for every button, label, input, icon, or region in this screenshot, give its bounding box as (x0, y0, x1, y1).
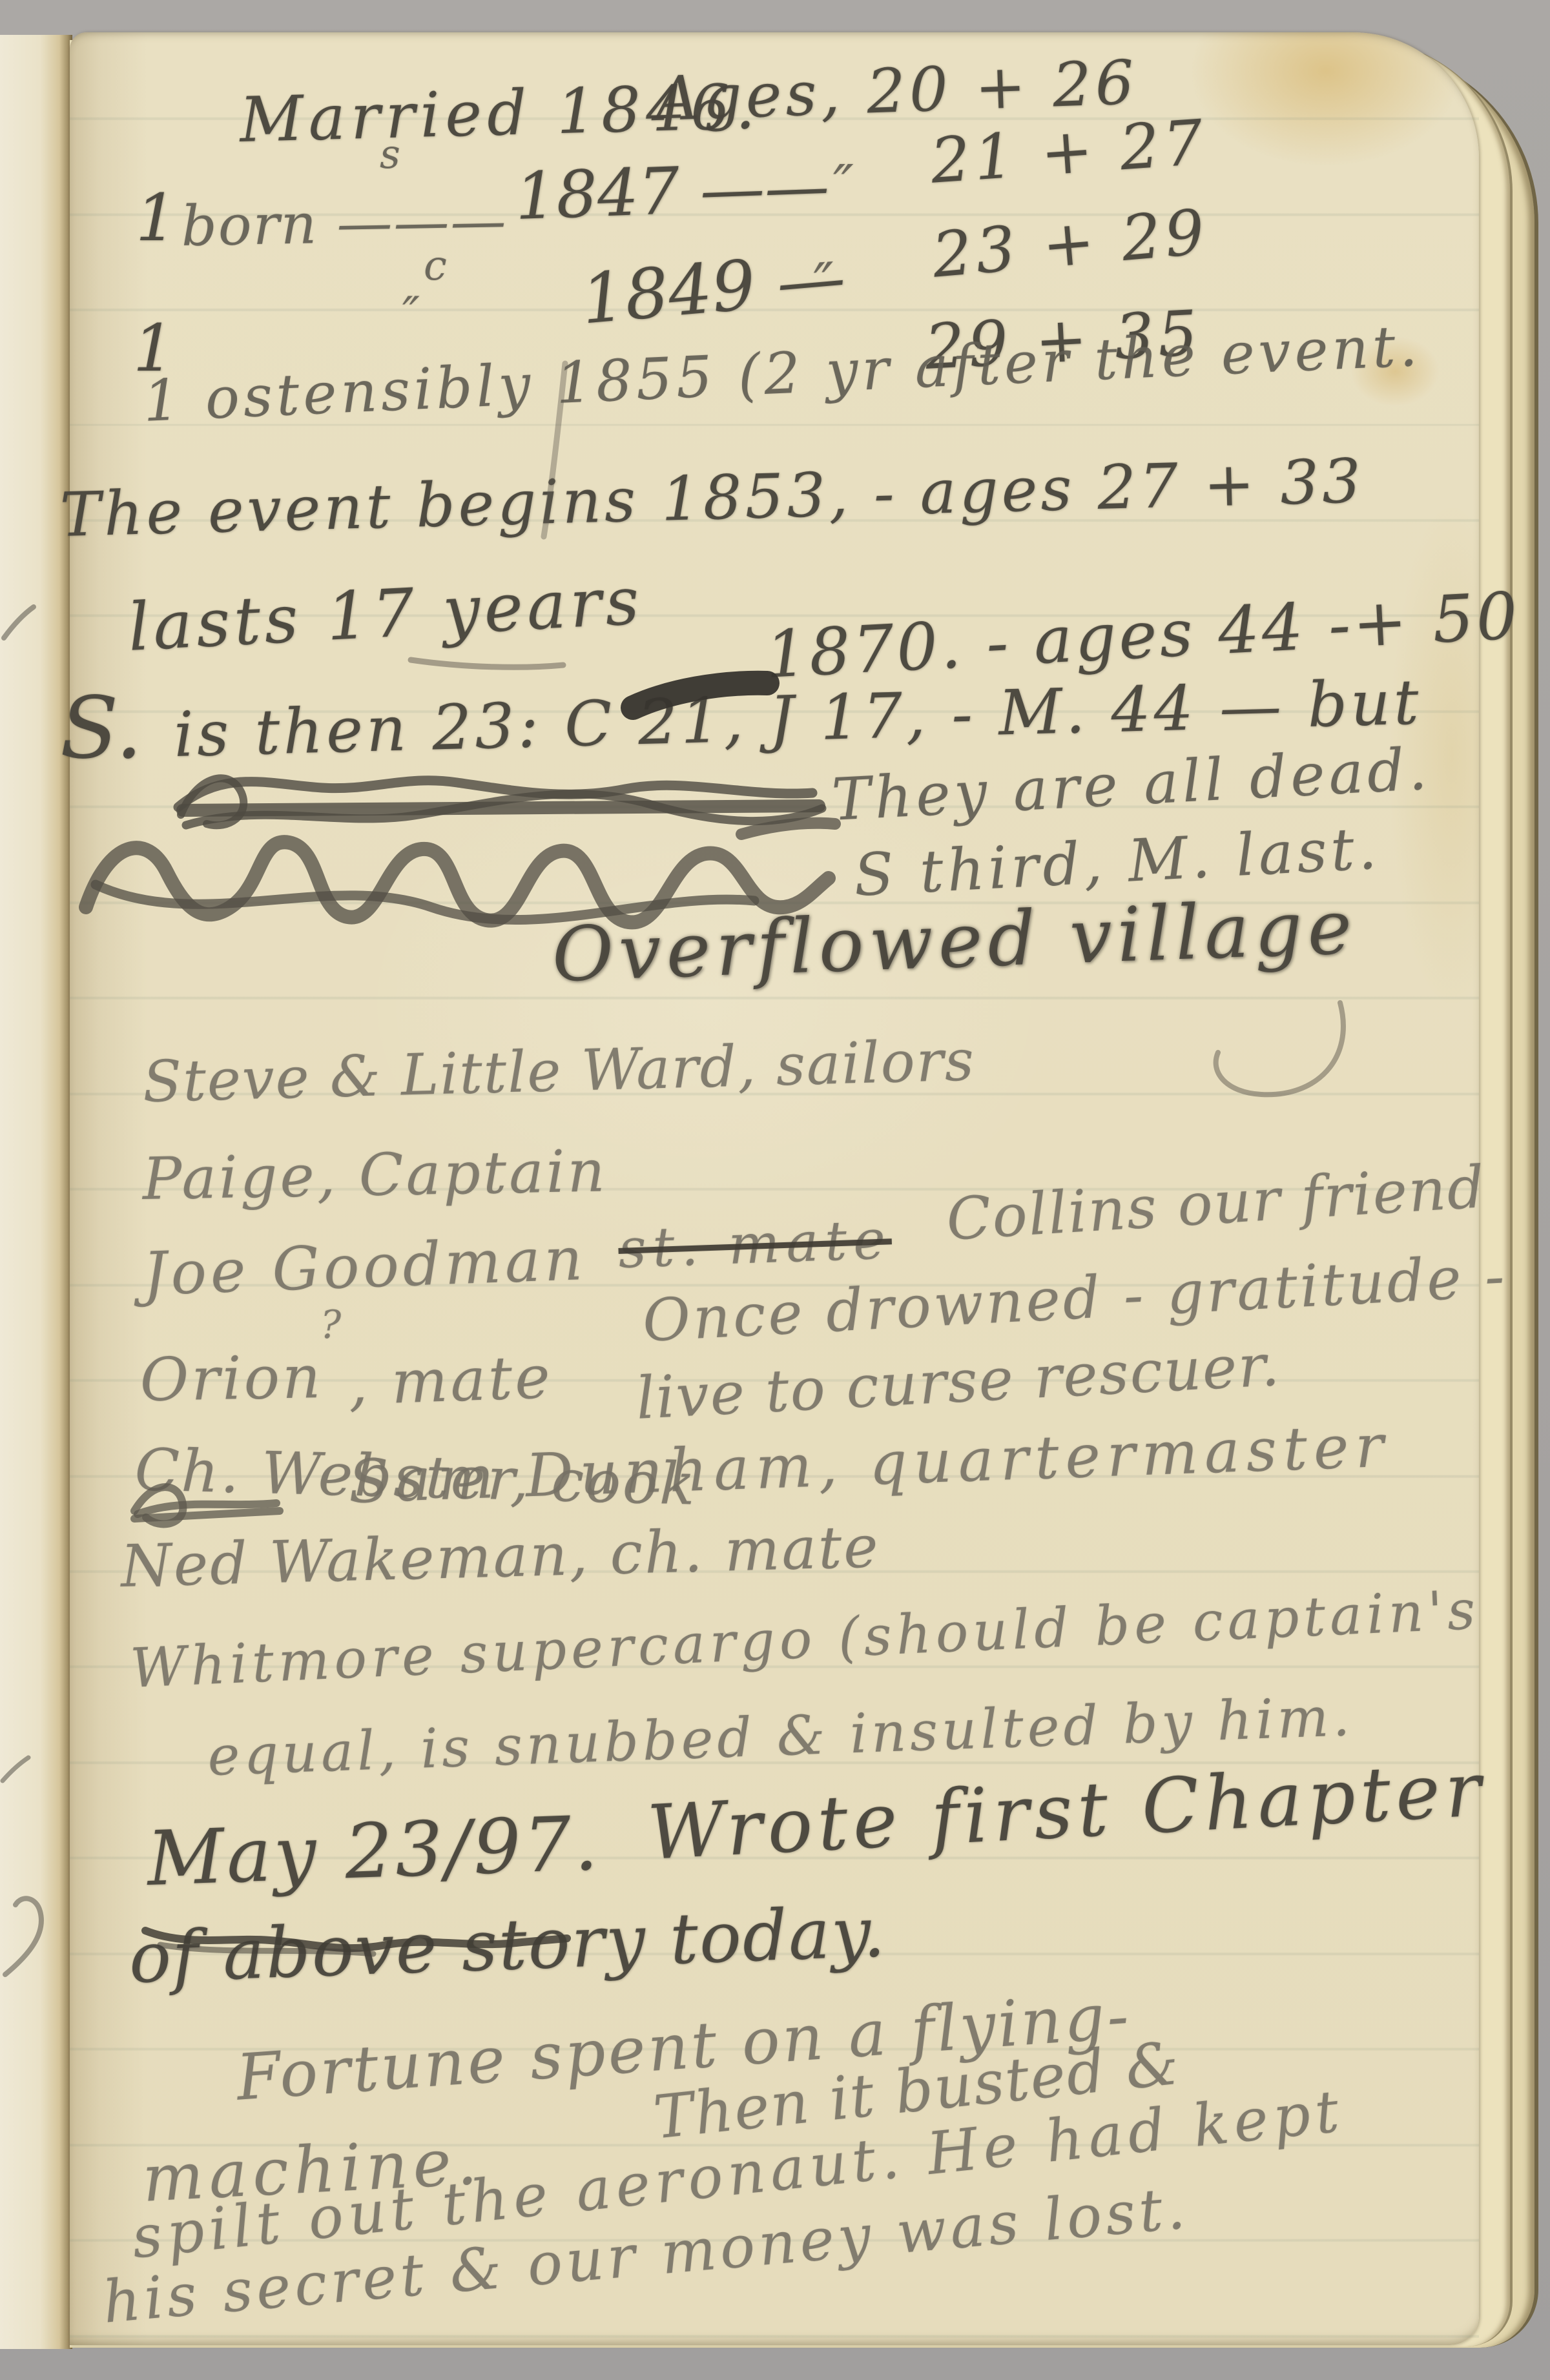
lasts-line: lasts 17 years (127, 568, 645, 661)
event-begins-line: The event begins 1853, - ages 27 + 33 (59, 451, 1365, 546)
row1847-year: 1847 —— (514, 154, 830, 229)
crew-orion-role: , mate (347, 1348, 553, 1414)
story-title: Overflowed village (551, 890, 1358, 992)
row1847-count: 1 (136, 186, 177, 251)
row1847-word: born ——— (181, 193, 508, 254)
row1847-ditto: ″ (833, 158, 854, 213)
notebook-page: Married 1846. Ages, 20 + 26 1 born ——— s… (70, 32, 1479, 2345)
row1847-ages: 21 + 27 (929, 111, 1208, 192)
diary-line-1: Wrote first Chapter (646, 1752, 1488, 1871)
crew-chief-mate: Ned Wakeman, ch. mate (120, 1518, 881, 1596)
notebook-photo: Married 1846. Ages, 20 + 26 1 born ——— s… (0, 0, 1550, 2380)
crew-sailors: Steve & Little Ward, sailors (142, 1032, 976, 1111)
survivors-initial: S. (60, 686, 143, 771)
row1849-ages: 23 + 29 (930, 201, 1211, 287)
row1847-superscript: s (380, 134, 400, 174)
row1849-year: 1849 — (579, 243, 848, 334)
diary-line-2: of above story today. (128, 1898, 887, 1994)
scribble-deleted-words (178, 778, 822, 825)
crew-supercargo-1: Whitmore supercargo (should be captain's (129, 1583, 1481, 1696)
lasts-dash-light (411, 660, 563, 667)
crew-orion: Orion (139, 1348, 324, 1410)
diary-date: May 23/97. (146, 1807, 601, 1897)
title-flourish (1216, 1003, 1343, 1094)
row1849-superscript: c (424, 245, 447, 287)
crew-captain: Paige, Captain (142, 1142, 608, 1209)
crew-orion-superscript: ? (320, 1306, 341, 1344)
row1849-ditto: ″ (402, 291, 420, 337)
crew-goodman: Joe Goodman (142, 1229, 587, 1304)
facing-page-gutter (0, 35, 72, 2349)
row1855-line: 1 ostensibly 1855 (2 yr after the event. (142, 318, 1422, 430)
crew-quartermaster: Sam Dunham, quartermaster (347, 1417, 1391, 1512)
row1849-ditto2: ″ (812, 256, 837, 312)
crew-goodman-struck: st. mate (617, 1212, 893, 1276)
crew-goodman-note: Collins our friend (945, 1158, 1487, 1249)
